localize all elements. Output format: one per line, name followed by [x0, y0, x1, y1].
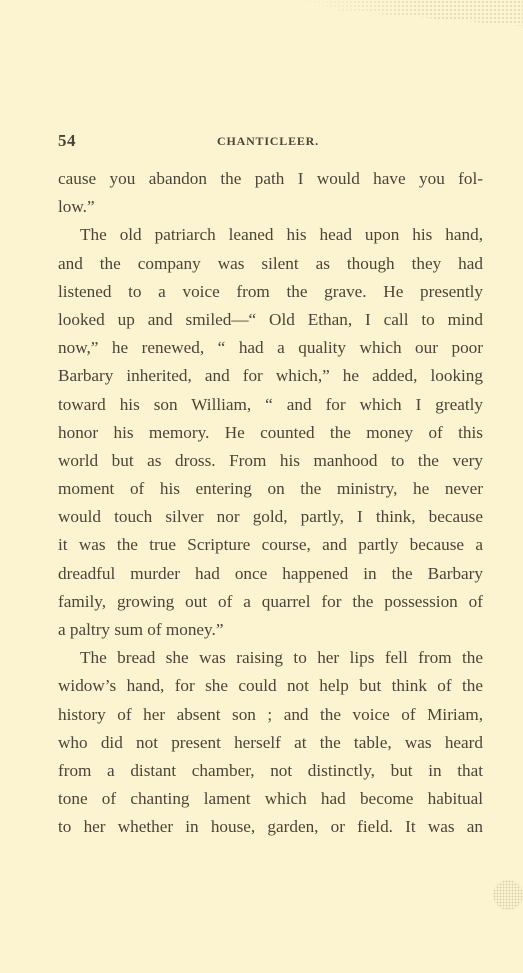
text-line: world but as dross. From his manhood to …: [58, 447, 483, 475]
text-line: listened to a voice from the grave. He p…: [58, 278, 483, 306]
text-line: history of her absent son ; and the voic…: [58, 701, 483, 729]
text-line: from a distant chamber, not distinctly, …: [58, 757, 483, 785]
text-line: tone of chanting lament which had become…: [58, 785, 483, 813]
page-number: 54: [58, 131, 76, 151]
text-line: cause you abandon the path I would have …: [58, 165, 483, 193]
paper-speckle-bottom-right: [493, 880, 523, 910]
paragraph-3: The bread she was raising to her lips fe…: [58, 644, 483, 841]
text-line: now,” he renewed, “ had a quality which …: [58, 334, 483, 362]
book-page: 54 CHANTICLEER. cause you abandon the pa…: [58, 131, 483, 842]
running-title: CHANTICLEER.: [217, 134, 319, 149]
text-line: it was the true Scripture course, and pa…: [58, 531, 483, 559]
text-line: toward his son William, “ and for which …: [58, 391, 483, 419]
text-line: Barbary inherited, and for which,” he ad…: [58, 362, 483, 390]
text-line: would touch silver nor gold, partly, I t…: [58, 503, 483, 531]
text-line: looked up and smiled—“ Old Ethan, I call…: [58, 306, 483, 334]
text-line: honor his memory. He counted the money o…: [58, 419, 483, 447]
text-line: The old patriarch leaned his head upon h…: [58, 221, 483, 249]
body-text: cause you abandon the path I would have …: [58, 165, 483, 842]
running-head: 54 CHANTICLEER.: [58, 131, 483, 153]
text-line: a paltry sum of money.”: [58, 616, 483, 644]
text-line: The bread she was raising to her lips fe…: [58, 644, 483, 672]
text-line: to her whether in house, garden, or fiel…: [58, 813, 483, 841]
paper-speckle-top: [293, 0, 523, 26]
text-line: widow’s hand, for she could not help but…: [58, 672, 483, 700]
paragraph-2: The old patriarch leaned his head upon h…: [58, 221, 483, 644]
text-line: who did not present herself at the table…: [58, 729, 483, 757]
text-line: dreadful murder had once happened in the…: [58, 560, 483, 588]
text-line: and the company was silent as though the…: [58, 250, 483, 278]
paragraph-1: cause you abandon the path I would have …: [58, 165, 483, 221]
text-line: moment of his entering on the ministry, …: [58, 475, 483, 503]
text-line: family, growing out of a quarrel for the…: [58, 588, 483, 616]
text-line: low.”: [58, 193, 483, 221]
